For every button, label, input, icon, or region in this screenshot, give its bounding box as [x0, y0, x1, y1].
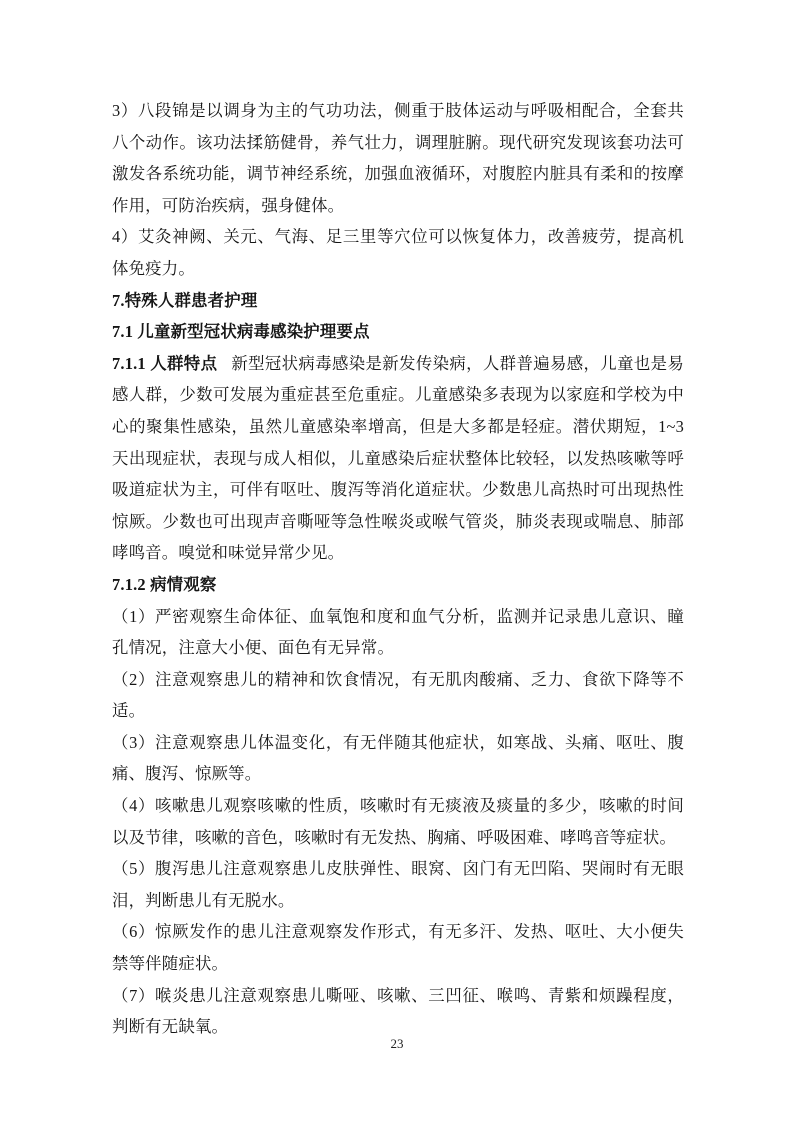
paragraph-7-1-1-text: 新型冠状病毒感染是新发传染病，人群普遍易感，儿童也是易感人群，少数可发展为重症甚…: [112, 354, 684, 563]
paragraph-observe-2: （2）注意观察患儿的精神和饮食情况，有无肌肉酸痛、乏力、食欲下降等不适。: [112, 664, 684, 727]
paragraph-observe-3: （3）注意观察患儿体温变化，有无伴随其他症状，如寒战、头痛、呕吐、腹痛、腹泻、惊…: [112, 727, 684, 790]
paragraph-list-item-4: 4）艾灸神阙、关元、气海、足三里等穴位可以恢复体力，改善疲劳，提高机体免疫力。: [112, 221, 684, 284]
paragraph-observe-5: （5）腹泻患儿注意观察患儿皮肤弹性、眼窝、囟门有无凹陷、哭闹时有无眼泪，判断患儿…: [112, 853, 684, 916]
paragraph-7-1-1: 7.1.1 人群特点新型冠状病毒感染是新发传染病，人群普遍易感，儿童也是易感人群…: [112, 348, 684, 569]
section-heading-7-1: 7.1 儿童新型冠状病毒感染护理要点: [112, 316, 684, 348]
paragraph-observe-1: （1）严密观察生命体征、血氧饱和度和血气分析，监测并记录患儿意识、瞳孔情况，注意…: [112, 601, 684, 664]
paragraph-list-item-3: 3）八段锦是以调身为主的气功功法，侧重于肢体运动与呼吸相配合，全套共八个动作。该…: [112, 95, 684, 221]
paragraph-observe-7: （7）喉炎患儿注意观察患儿嘶哑、咳嗽、三凹征、喉鸣、青紫和烦躁程度，判断有无缺氧…: [112, 980, 684, 1043]
paragraph-observe-4: （4）咳嗽患儿观察咳嗽的性质，咳嗽时有无痰液及痰量的多少，咳嗽的时间以及节律，咳…: [112, 790, 684, 853]
subsection-label-7-1-1: 7.1.1 人群特点: [112, 354, 217, 373]
section-heading-7: 7.特殊人群患者护理: [112, 285, 684, 317]
section-heading-7-1-2: 7.1.2 病情观察: [112, 569, 684, 601]
page-number: 23: [0, 1036, 794, 1052]
document-body: 3）八段锦是以调身为主的气功功法，侧重于肢体运动与呼吸相配合，全套共八个动作。该…: [112, 95, 684, 1043]
document-page: 3）八段锦是以调身为主的气功功法，侧重于肢体运动与呼吸相配合，全套共八个动作。该…: [0, 0, 794, 1123]
paragraph-observe-6: （6）惊厥发作的患儿注意观察发作形式，有无多汗、发热、呕吐、大小便失禁等伴随症状…: [112, 916, 684, 979]
